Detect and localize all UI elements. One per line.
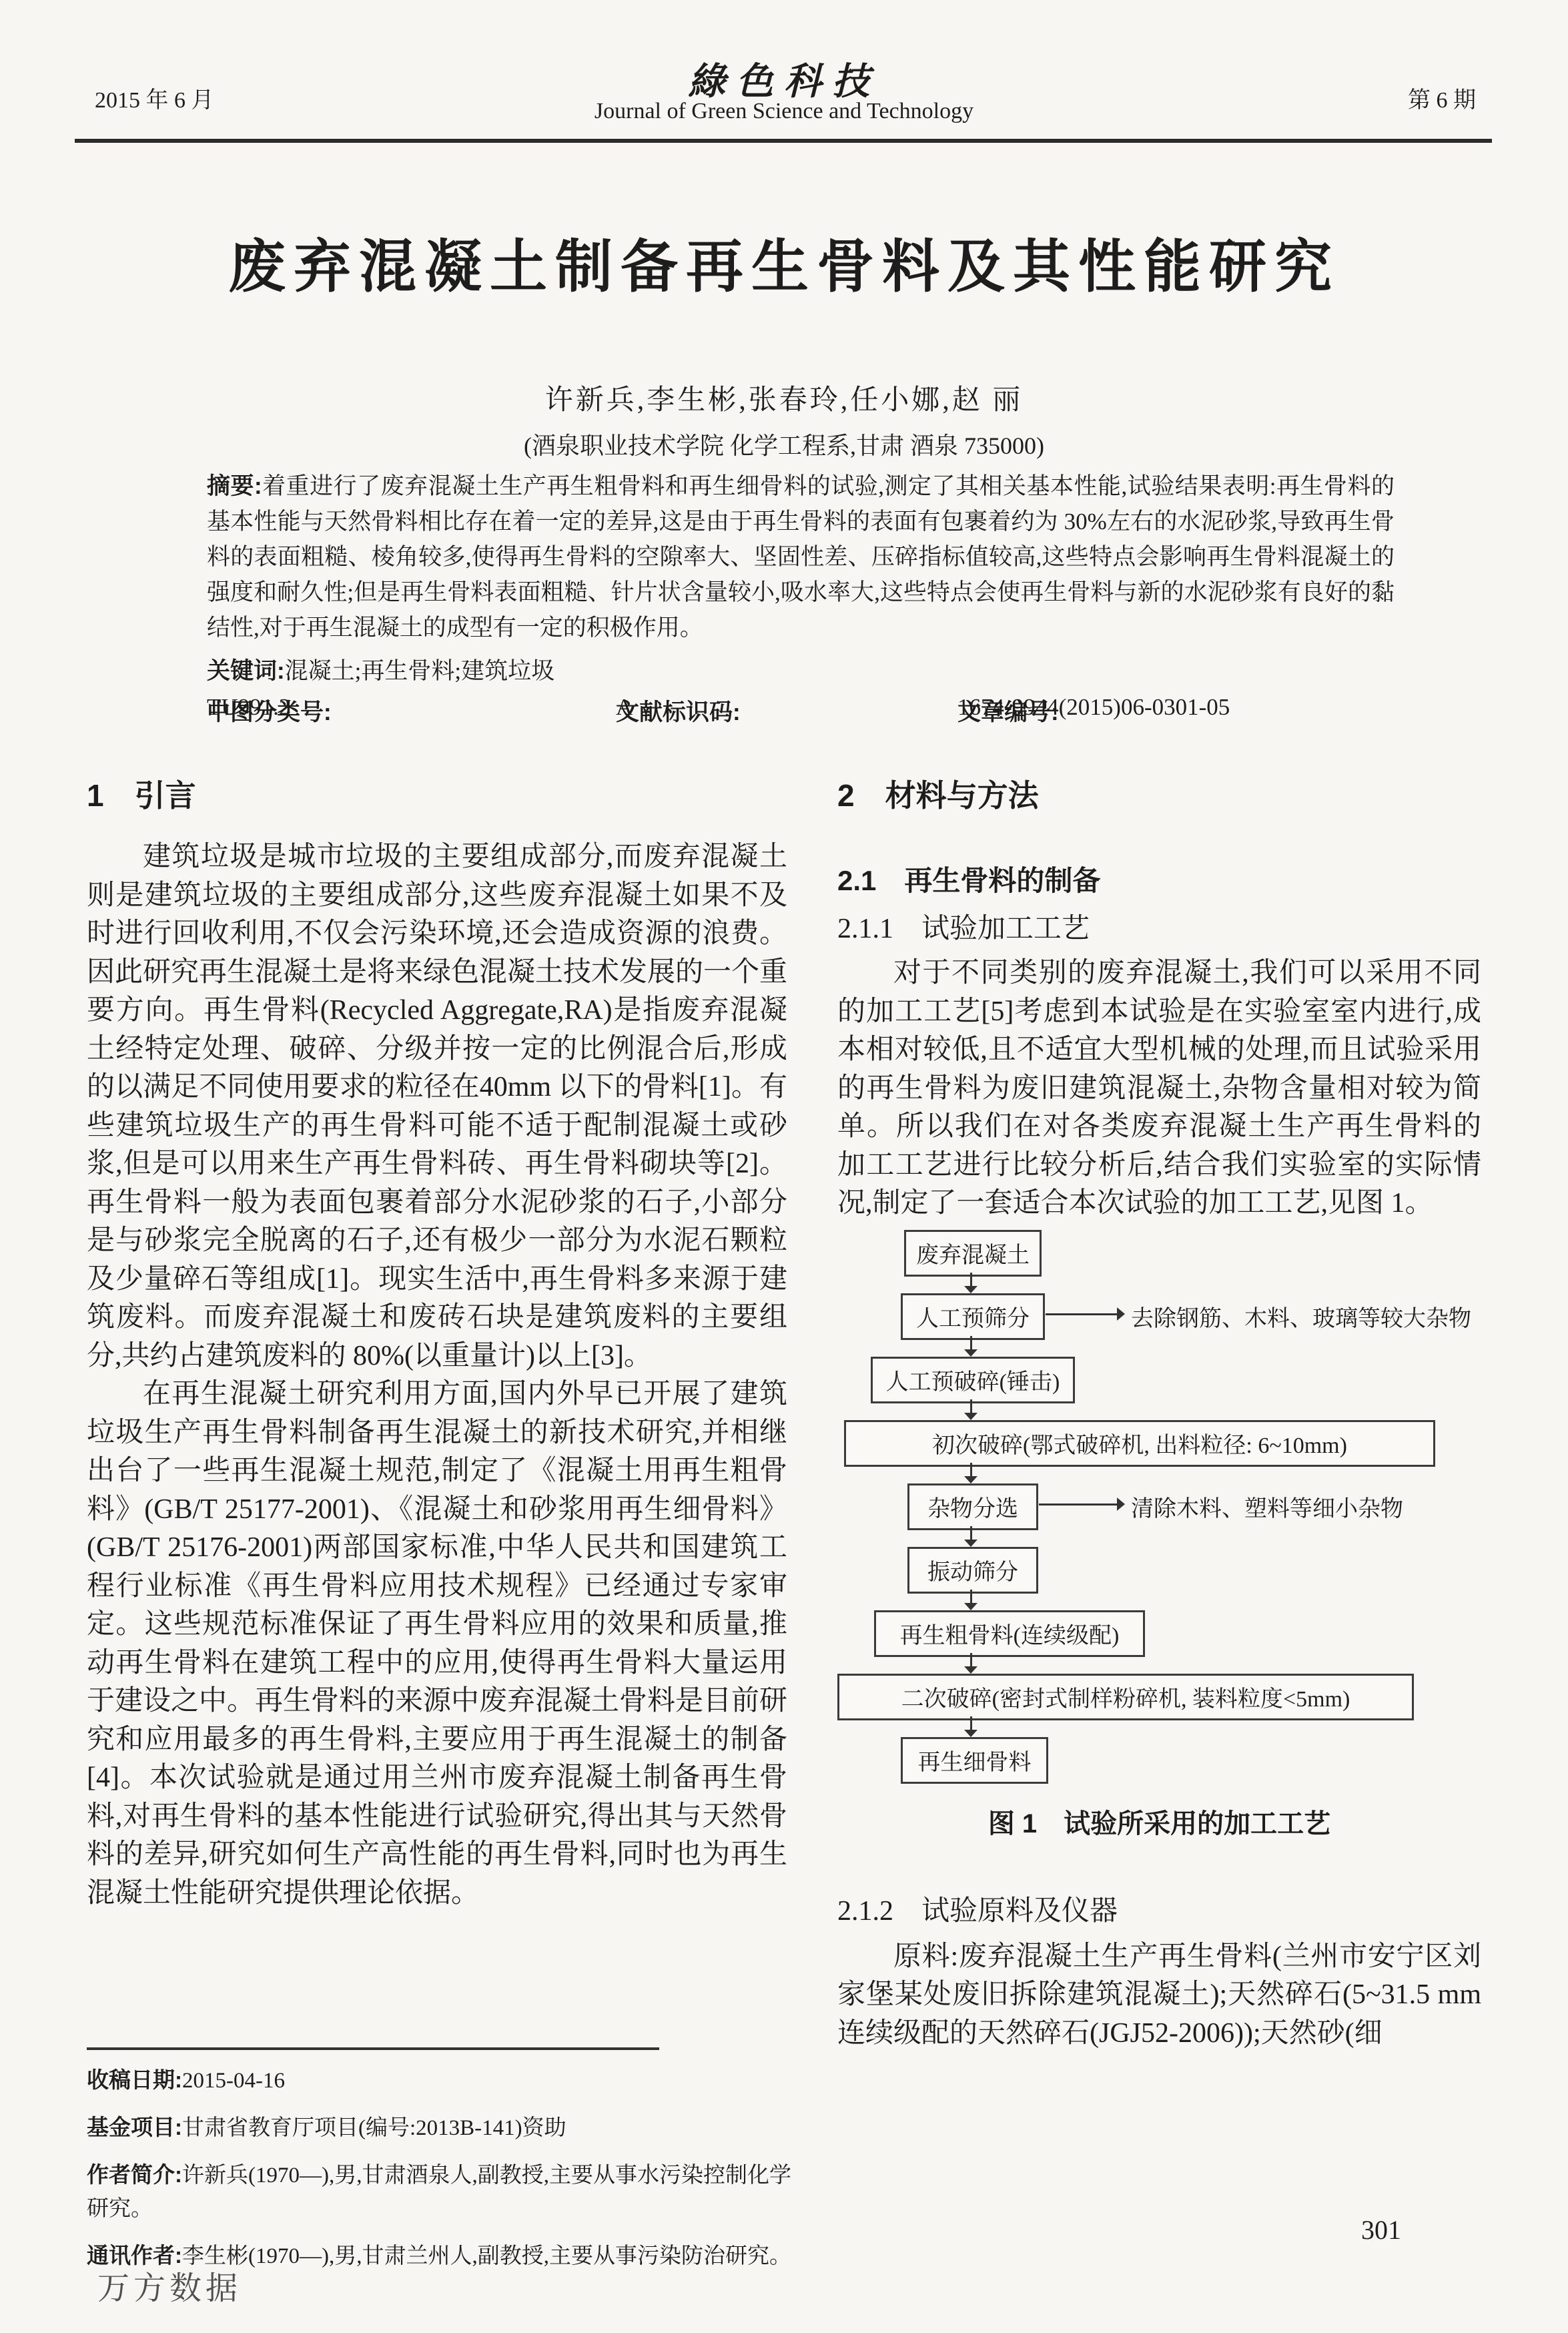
footnote-fund-project: 基金项目:甘肃省教育厅项目(编号:2013B-141)资助 [87,2111,794,2145]
down-arrow-icon [964,1716,977,1737]
down-arrow-icon [964,1273,977,1293]
figure-1-caption: 图 1 试验所采用的加工工艺 [837,1802,1481,1841]
left-column: 1 引言 建筑垃圾是城市垃圾的主要组成部分,而废弃混凝土则是建筑垃圾的主要组成部… [87,775,787,1913]
section-2-1-1-heading: 2.1.1 试验加工工艺 [837,910,1481,948]
footnote-text: 2015-04-16 [182,2069,285,2093]
flow-box-manual-prescreen: 人工预筛分 [901,1293,1045,1340]
clc-value: TU991.2 [207,694,290,721]
footnote-label: 作者简介: [87,2162,182,2187]
down-arrow-icon [964,1653,977,1674]
authors-line: 许新兵,李生彬,张春玲,任小娜,赵 丽 [0,378,1568,418]
footnote-rule [87,2047,659,2050]
article-title: 废弃混凝土制备再生骨料及其性能研究 [0,220,1568,303]
right-arrow-icon [1046,1313,1118,1315]
footnote-block: 收稿日期:2015-04-16 基金项目:甘肃省教育厅项目(编号:2013B-1… [87,2047,794,2273]
down-arrow-icon [964,1526,977,1547]
abstract-block: 摘要:着重进行了废弃混凝土生产再生粗骨料和再生细骨料的试验,测定了其相关基本性能… [207,468,1395,731]
keywords-text: 混凝土;再生骨料;建筑垃圾 [285,658,554,684]
flow-box-impurity-sorting: 杂物分选 [907,1483,1038,1530]
flow-annotation-remove-large-debris: 去除钢筋、木料、玻璃等较大杂物 [1131,1300,1471,1333]
wanfang-watermark: 万方数据 [97,2262,242,2308]
abstract-label: 摘要: [207,473,262,499]
section-2-heading: 2 材料与方法 [837,775,1481,815]
footnote-label: 收稿日期: [87,2067,182,2092]
journal-title-cn: 綠色科技 [0,52,1568,105]
keywords-label: 关键词: [207,658,285,684]
footnote-text: 甘肃省教育厅项目(编号:2013B-141)资助 [182,2116,566,2140]
section-1-paragraph-2: 在再生混凝土研究利用方面,国内外早已开展了建筑垃圾生产再生骨料制备再生混凝土的新… [87,1375,787,1913]
journal-page: 2015 年 6 月 綠色科技 Journal of Green Science… [0,0,1568,2333]
journal-title-en: Journal of Green Science and Technology [0,99,1568,124]
section-2-1-1-paragraph: 对于不同类别的废弃混凝土,我们可以采用不同的加工工艺[5]考虑到本试验是在实验室… [837,954,1481,1223]
flow-box-manual-precrush: 人工预破碎(锤击) [871,1357,1075,1403]
flow-box-recycled-fine-aggregate: 再生细骨料 [901,1737,1048,1784]
abstract-text: 着重进行了废弃混凝土生产再生粗骨料和再生细骨料的试验,测定了其相关基本性能,试验… [207,473,1395,641]
footnote-author-bio: 作者简介:许新兵(1970—),男,甘肃酒泉人,副教授,主要从事水污染控制化学研… [87,2158,794,2226]
page-number: 301 [1361,2214,1401,2246]
flow-box-secondary-crushing: 二次破碎(密封式制样粉碎机, 装料粒度<5mm) [837,1674,1414,1720]
down-arrow-icon [964,1399,977,1420]
footnote-received-date: 收稿日期:2015-04-16 [87,2063,794,2097]
down-arrow-icon [964,1336,977,1357]
footnote-text: 李生彬(1970—),男,甘肃兰州人,副教授,主要从事污染防治研究。 [182,2244,791,2268]
down-arrow-icon [964,1590,977,1610]
flow-box-primary-crushing: 初次破碎(鄂式破碎机, 出料粒径: 6~10mm) [844,1420,1435,1467]
right-arrow-icon [1039,1504,1118,1506]
section-1-paragraph-1: 建筑垃圾是城市垃圾的主要组成部分,而废弃混凝土则是建筑垃圾的主要组成部分,这些废… [87,838,787,1375]
affiliation-line: (酒泉职业技术学院 化学工程系,甘肃 酒泉 735000) [0,427,1568,461]
article-id-value: 1674-9944(2015)06-0301-05 [957,694,1230,721]
flow-box-vibrating-screen: 振动筛分 [907,1547,1038,1594]
right-column: 2 材料与方法 2.1 再生骨料的制备 2.1.1 试验加工工艺 对于不同类别的… [837,775,1481,2053]
doc-code-label: 文献标识码: [616,694,741,727]
header-issue: 第 6 期 [1408,81,1476,114]
footnote-text: 许新兵(1970—),男,甘肃酒泉人,副教授,主要从事水污染控制化学研究。 [87,2163,791,2221]
flow-annotation-remove-small-debris: 清除木料、塑料等细小杂物 [1131,1490,1403,1523]
section-2-1-2-paragraph: 原料:废弃混凝土生产再生骨料(兰州市安宁区刘家堡某处废旧拆除建筑混凝土);天然碎… [837,1938,1481,2053]
flow-box-recycled-coarse-aggregate: 再生粗骨料(连续级配) [874,1610,1145,1657]
abstract-paragraph: 摘要:着重进行了废弃混凝土生产再生粗骨料和再生细骨料的试验,测定了其相关基本性能… [207,468,1395,645]
process-flowchart: 废弃混凝土 人工预筛分 去除钢筋、木料、玻璃等较大杂物 人工预破碎(锤击) 初次… [837,1230,1481,1784]
keywords-line: 关键词:混凝土;再生骨料;建筑垃圾 [207,653,1395,689]
section-2-1-2-heading: 2.1.2 试验原料及仪器 [837,1893,1481,1930]
doc-code-value: A [616,694,633,721]
flow-box-waste-concrete: 废弃混凝土 [904,1230,1042,1277]
down-arrow-icon [964,1463,977,1483]
section-2-1-heading: 2.1 再生骨料的制备 [837,862,1481,900]
meta-row: 中图分类号:TU991.2 文献标识码:A 文章编号:1674-9944(201… [207,694,1395,731]
footnote-label: 基金项目: [87,2115,182,2139]
header-rule [75,139,1492,143]
section-1-heading: 1 引言 [87,775,787,815]
